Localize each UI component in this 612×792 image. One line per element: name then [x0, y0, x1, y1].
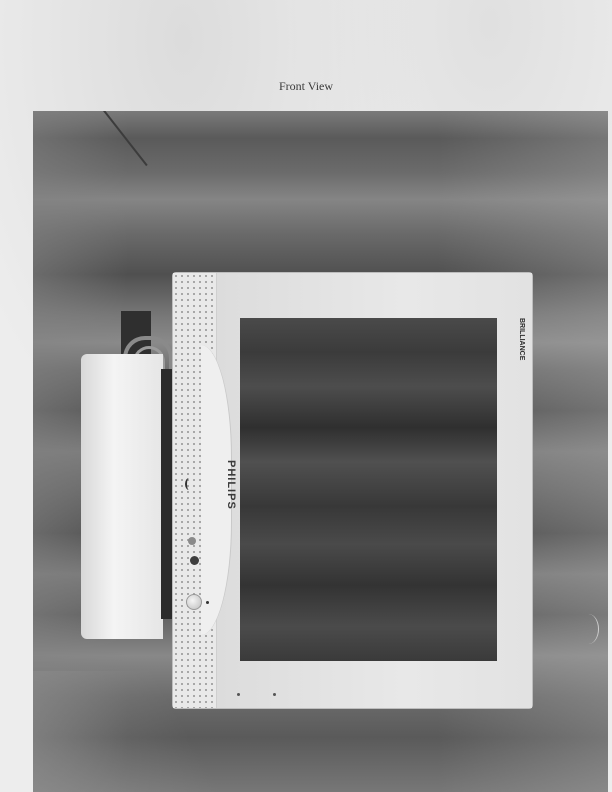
brand-logo: PHILIPS — [225, 460, 237, 510]
monitor-stand — [81, 354, 163, 639]
indicator-led-icon — [188, 537, 196, 545]
monitor-photo: PHILIPS BRILLIANCE — [33, 111, 608, 792]
monitor-screen — [240, 318, 497, 661]
power-button — [186, 594, 202, 610]
series-logo: BRILLIANCE — [518, 318, 525, 360]
stand-hinge — [161, 369, 173, 619]
cable-arc — [578, 614, 599, 644]
control-dot-icon — [237, 693, 240, 696]
control-dot-icon — [273, 693, 276, 696]
ambient-light-sensor-icon — [185, 478, 193, 490]
indicator-led-icon — [190, 556, 199, 565]
power-indicator-icon — [206, 601, 209, 604]
monitor: PHILIPS BRILLIANCE — [173, 273, 532, 708]
figure-caption: Front View — [0, 79, 612, 94]
